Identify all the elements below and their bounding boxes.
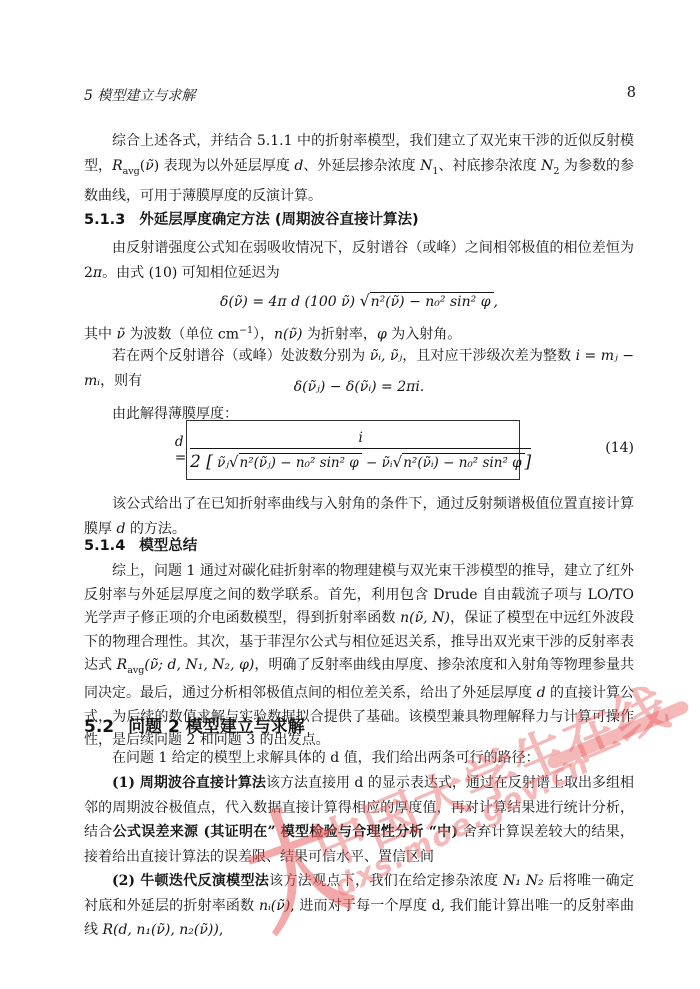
paragraph-two-paths: 在问题 1 给定的模型上求解具体的 d 值，我们给出两条可行的路径： bbox=[84, 746, 634, 771]
section-number: 5.2 bbox=[84, 717, 114, 737]
section-title: 外延层厚度确定方法 (周期波谷直接计算法) bbox=[139, 212, 418, 228]
paragraph-method-1: (1) 周期波谷直接计算法该方法直接用 d 的显示表达式，通过在反射谱上取出多组… bbox=[84, 771, 634, 869]
section-heading-5-1-3: 5.1.3外延层厚度确定方法 (周期波谷直接计算法) bbox=[84, 208, 634, 229]
running-header: 5 模型建立与求解 bbox=[84, 85, 634, 105]
sqrt-radical: √n²(ν̃) − n₀² sin² φ bbox=[360, 294, 494, 310]
fraction: i 2 [ ν̃ⱼ√n²(ν̃ⱼ) − n₀² sin² φ − ν̃ᵢ√n²(… bbox=[190, 430, 531, 471]
section-number: 5.1.4 bbox=[84, 538, 125, 554]
equation-number: (14) bbox=[605, 440, 634, 456]
section-title: 问题 2 模型建立与求解 bbox=[128, 717, 305, 737]
sqrt-radical: √n²(ν̃ⱼ) − n₀² sin² φ bbox=[229, 455, 362, 471]
page-number: 8 bbox=[616, 85, 636, 101]
paragraph-phase-difference: 由反射谱强度公式知在弱吸收情况下，反射谱谷（或峰）之间相邻极值的相位差恒为 2π… bbox=[84, 236, 634, 286]
document-page: 5 模型建立与求解 8 综合上述各式，并结合 5.1.1 中的折射率模型，我们建… bbox=[0, 0, 700, 989]
equation-phase-diff: δ(ν̃ⱼ) − δ(ν̃ᵢ) = 2πi. bbox=[84, 374, 634, 400]
section-title: 模型总结 bbox=[139, 538, 197, 554]
paragraph-method-2: (2) 牛顿迭代反演模型法该方法观点下，我们在给定掺杂浓度 N₁ N₂ 后将唯一… bbox=[84, 869, 634, 943]
section-heading-5-1-4: 5.1.4模型总结 bbox=[84, 534, 634, 555]
section-heading-5-2: 5.2问题 2 模型建立与求解 bbox=[84, 712, 634, 737]
section-number: 5.1.3 bbox=[84, 212, 125, 228]
thickness-formula-box: d = i 2 [ ν̃ⱼ√n²(ν̃ⱼ) − n₀² sin² φ − ν̃ᵢ… bbox=[186, 420, 520, 480]
equation-14-row: d = i 2 [ ν̃ⱼ√n²(ν̃ⱼ) − n₀² sin² φ − ν̃ᵢ… bbox=[84, 420, 634, 482]
sqrt-radical: √n²(ν̃ᵢ) − n₀² sin² φ bbox=[393, 455, 525, 471]
equation-phase-delay: δ(ν̃) = 4π d (100 ν̃) √n²(ν̃) − n₀² sin²… bbox=[84, 288, 634, 315]
paragraph-intro: 综合上述各式，并结合 5.1.1 中的折射率模型，我们建立了双光束干涉的近似反射… bbox=[84, 129, 634, 209]
